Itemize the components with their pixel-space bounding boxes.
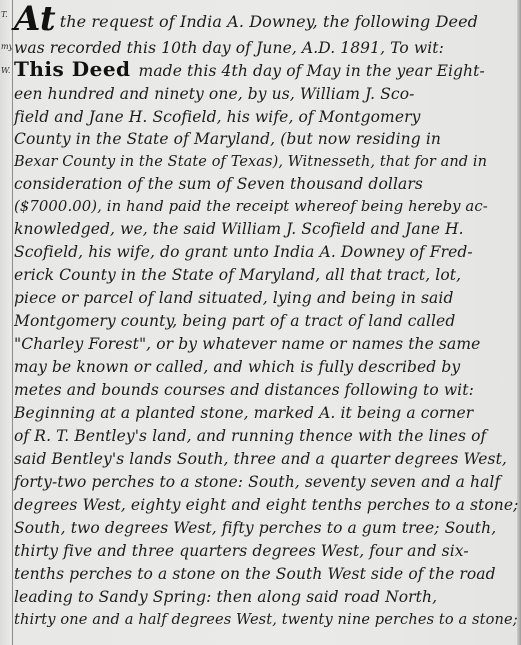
deed-line: Scofield, his wife, do grant unto India … [14, 241, 473, 263]
deed-line: County in the State of Maryland, (but no… [14, 128, 441, 150]
deed-line: consideration of the sum of Seven thousa… [14, 173, 423, 195]
deed-line: tenths perches to a stone on the South W… [14, 563, 496, 585]
heading-line-2: was recorded this 10th day of June, A.D.… [14, 37, 444, 59]
deed-line: erick County in the State of Maryland, a… [14, 264, 461, 286]
deed-line: of R. T. Bentley's land, and running the… [14, 425, 486, 447]
deed-line: South, two degrees West, fifty perches t… [14, 517, 496, 539]
deed-line: metes and bounds courses and distances f… [14, 379, 474, 401]
deed-line: thirty one and a half degrees West, twen… [14, 609, 518, 631]
deed-line: degrees West, eighty eight and eight ten… [14, 494, 518, 516]
deed-line: said Bentley's lands South, three and a … [14, 448, 507, 470]
deed-line: Montgomery county, being part of a tract… [14, 310, 455, 332]
deed-line: forty-two perches to a stone: South, sev… [14, 471, 500, 493]
deed-line: Beginning at a planted stone, marked A. … [14, 402, 473, 424]
deed-line: knowledged, we, the said William J. Scof… [14, 218, 464, 240]
deed-line: "Charley Forest", or by whatever name or… [14, 333, 480, 355]
margin-note: my [1, 42, 12, 51]
document-page: T. my W. Atthe request of India A. Downe… [0, 0, 521, 645]
drop-cap: At [14, 0, 56, 39]
deed-line: Bexar County in the State of Texas), Wit… [14, 151, 487, 173]
deed-line: This Deedmade this 4th day of May in the… [14, 58, 485, 82]
deed-line: field and Jane H. Scofield, his wife, of… [14, 106, 421, 128]
deed-line: may be known or called, and which is ful… [14, 356, 460, 378]
deed-line: ($7000.00), in hand paid the receipt whe… [14, 196, 488, 218]
margin-rule [12, 0, 13, 645]
heading-text: the request of India A. Downey, the foll… [60, 12, 478, 31]
page-edge [517, 0, 521, 645]
heading-line-1: Atthe request of India A. Downey, the fo… [14, 4, 478, 34]
deed-line-text: made this 4th day of May in the year Eig… [139, 62, 485, 80]
deed-line: een hundred and ninety one, by us, Willi… [14, 83, 414, 105]
deed-line: leading to Sandy Spring: then along said… [14, 586, 437, 608]
margin-note: W. [1, 66, 12, 75]
deed-title: This Deed [14, 57, 131, 81]
deed-line: thirty five and three quarters degrees W… [14, 540, 469, 562]
deed-line: piece or parcel of land situated, lying … [14, 287, 453, 309]
margin-note: T. [1, 10, 12, 19]
left-margin: T. my W. [0, 0, 12, 645]
